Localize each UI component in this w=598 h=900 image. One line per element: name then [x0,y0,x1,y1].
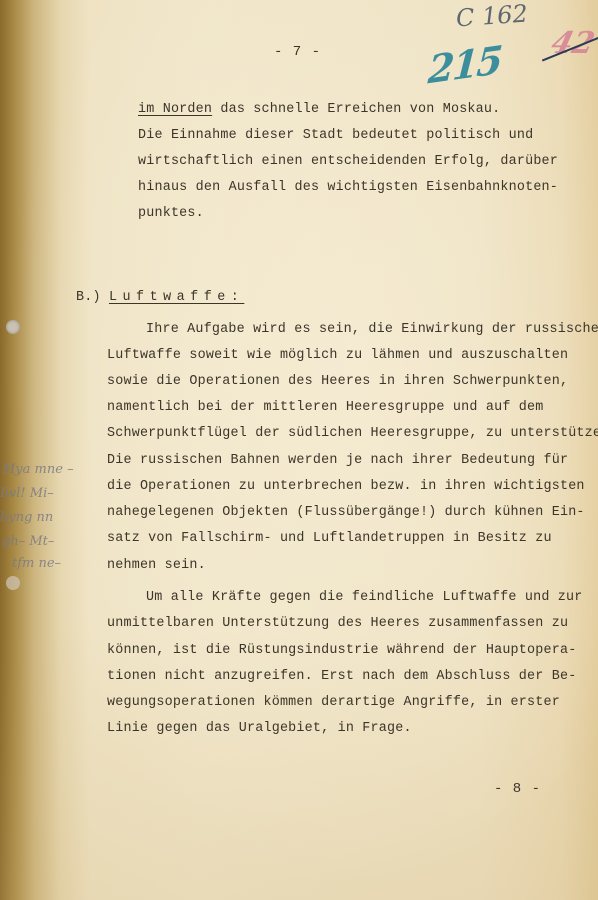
margin-handwriting: hyng nn [0,510,53,525]
text-line: namentlich bei der mittleren Heeresgrupp… [107,400,544,415]
text-line: tionen nicht anzugreifen. Erst nach dem … [107,669,576,684]
text-line: wegungsoperationen kömmen derartige Angr… [107,695,560,710]
text-line: Um alle Kräfte gegen die feindliche Luft… [146,590,583,605]
text-line: Schwerpunktflügel der südlichen Heeresgr… [107,426,598,441]
archive-reference: C 162 [455,0,529,32]
text-line: Die Einnahme dieser Stadt bedeutet polit… [138,128,533,143]
underlined-phrase: im Norden [138,102,212,117]
margin-handwriting: gh– Mt– [2,534,54,549]
text-line: im Norden das schnelle Erreichen von Mos… [138,102,500,117]
text-line: nahegelegenen Objekten (Flussübergänge!)… [107,505,585,520]
punch-hole [6,576,20,590]
folio-stamp-number: 215 [427,36,503,92]
text-line: Die russischen Bahnen werden je nach ihr… [107,453,568,468]
text-line: Luftwaffe soweit wie möglich zu lähmen u… [107,348,568,363]
section-prefix: B.) [76,290,101,305]
text-line: können, ist die Rüstungsindustrie währen… [107,643,576,658]
page-number-top: - 7 - [274,44,321,60]
text-line: hinaus den Ausfall des wichtigsten Eisen… [138,180,558,195]
text-line: unmittelbaren Unterstützung des Heeres z… [107,616,568,631]
text-line: die Operationen zu unterbrechen bezw. in… [107,479,585,494]
text-line: sowie die Operationen des Heeres in ihre… [107,374,568,389]
margin-handwriting: Mya mne – [2,462,74,477]
page-number-bottom: - 8 - [494,781,541,797]
text-line: Ihre Aufgabe wird es sein, die Einwirkun… [146,322,598,337]
text-fragment: das schnelle Erreichen von Moskau. [212,102,500,117]
section-heading: B.) Luftwaffe: [76,290,244,305]
text-line: satz von Fallschirm- und Luftlandetruppe… [107,531,552,546]
text-line: punktes. [138,206,204,221]
margin-handwriting: tfm ne– [12,556,61,571]
text-line: Linie gegen das Uralgebiet, in Frage. [107,721,412,736]
punch-hole [6,320,20,334]
text-line: nehmen sein. [107,558,206,573]
text-line: wirtschaftlich einen entscheidenden Erfo… [138,154,558,169]
section-title: Luftwaffe: [109,290,244,305]
margin-handwriting: Iwl! Mi– [0,486,54,501]
